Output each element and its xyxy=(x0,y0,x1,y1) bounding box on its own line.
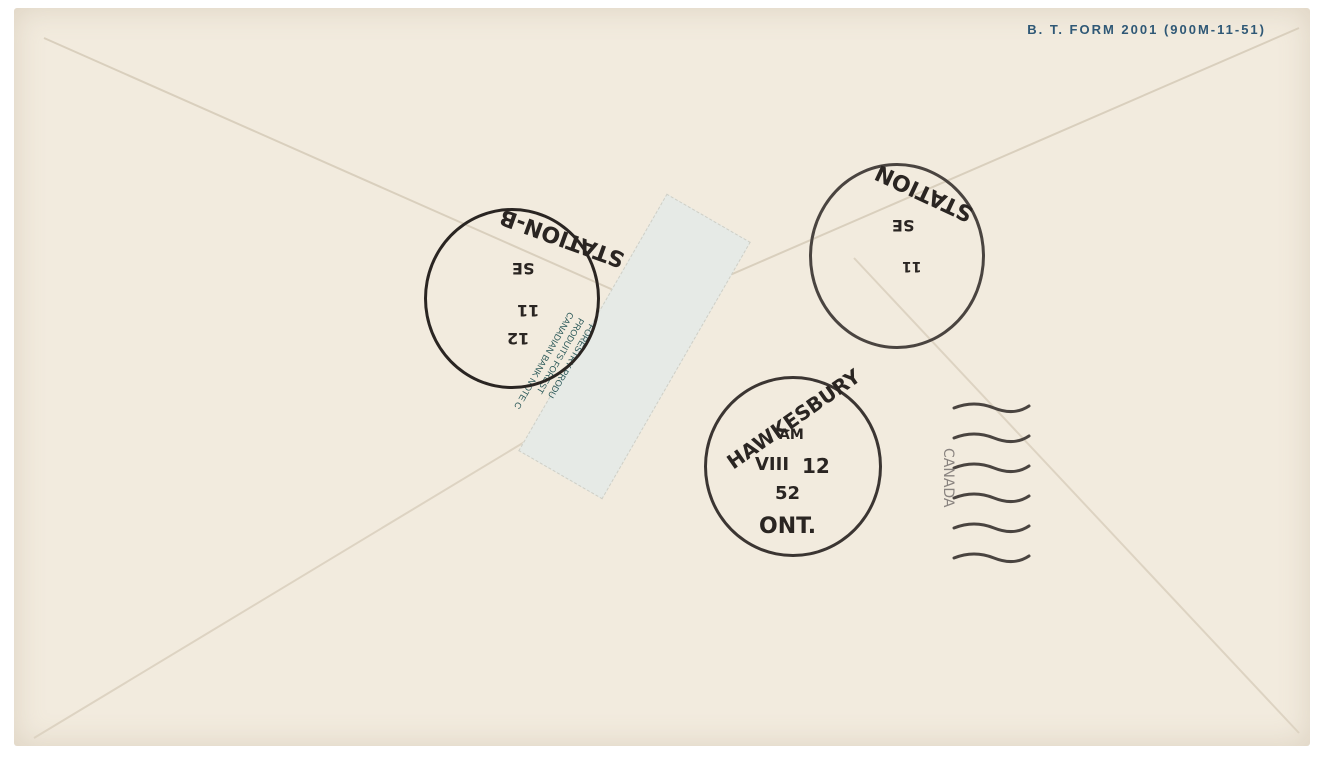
wavy-cancel-lines: CANADA xyxy=(934,398,1034,578)
envelope-back: B. T. FORM 2001 (900M-11-51) FORESTRY PR… xyxy=(14,8,1310,746)
form-label: B. T. FORM 2001 (900M-11-51) xyxy=(1027,22,1266,37)
svg-text:CANADA: CANADA xyxy=(940,448,956,508)
postmark-hawkesbury: HAWKESBURY AM VIII 12 52 ONT. xyxy=(704,376,882,557)
postmark-station-right: STATION SE 11 xyxy=(809,163,985,349)
postmark-station-b-left: STATION-B SE 11 12 xyxy=(424,208,600,389)
